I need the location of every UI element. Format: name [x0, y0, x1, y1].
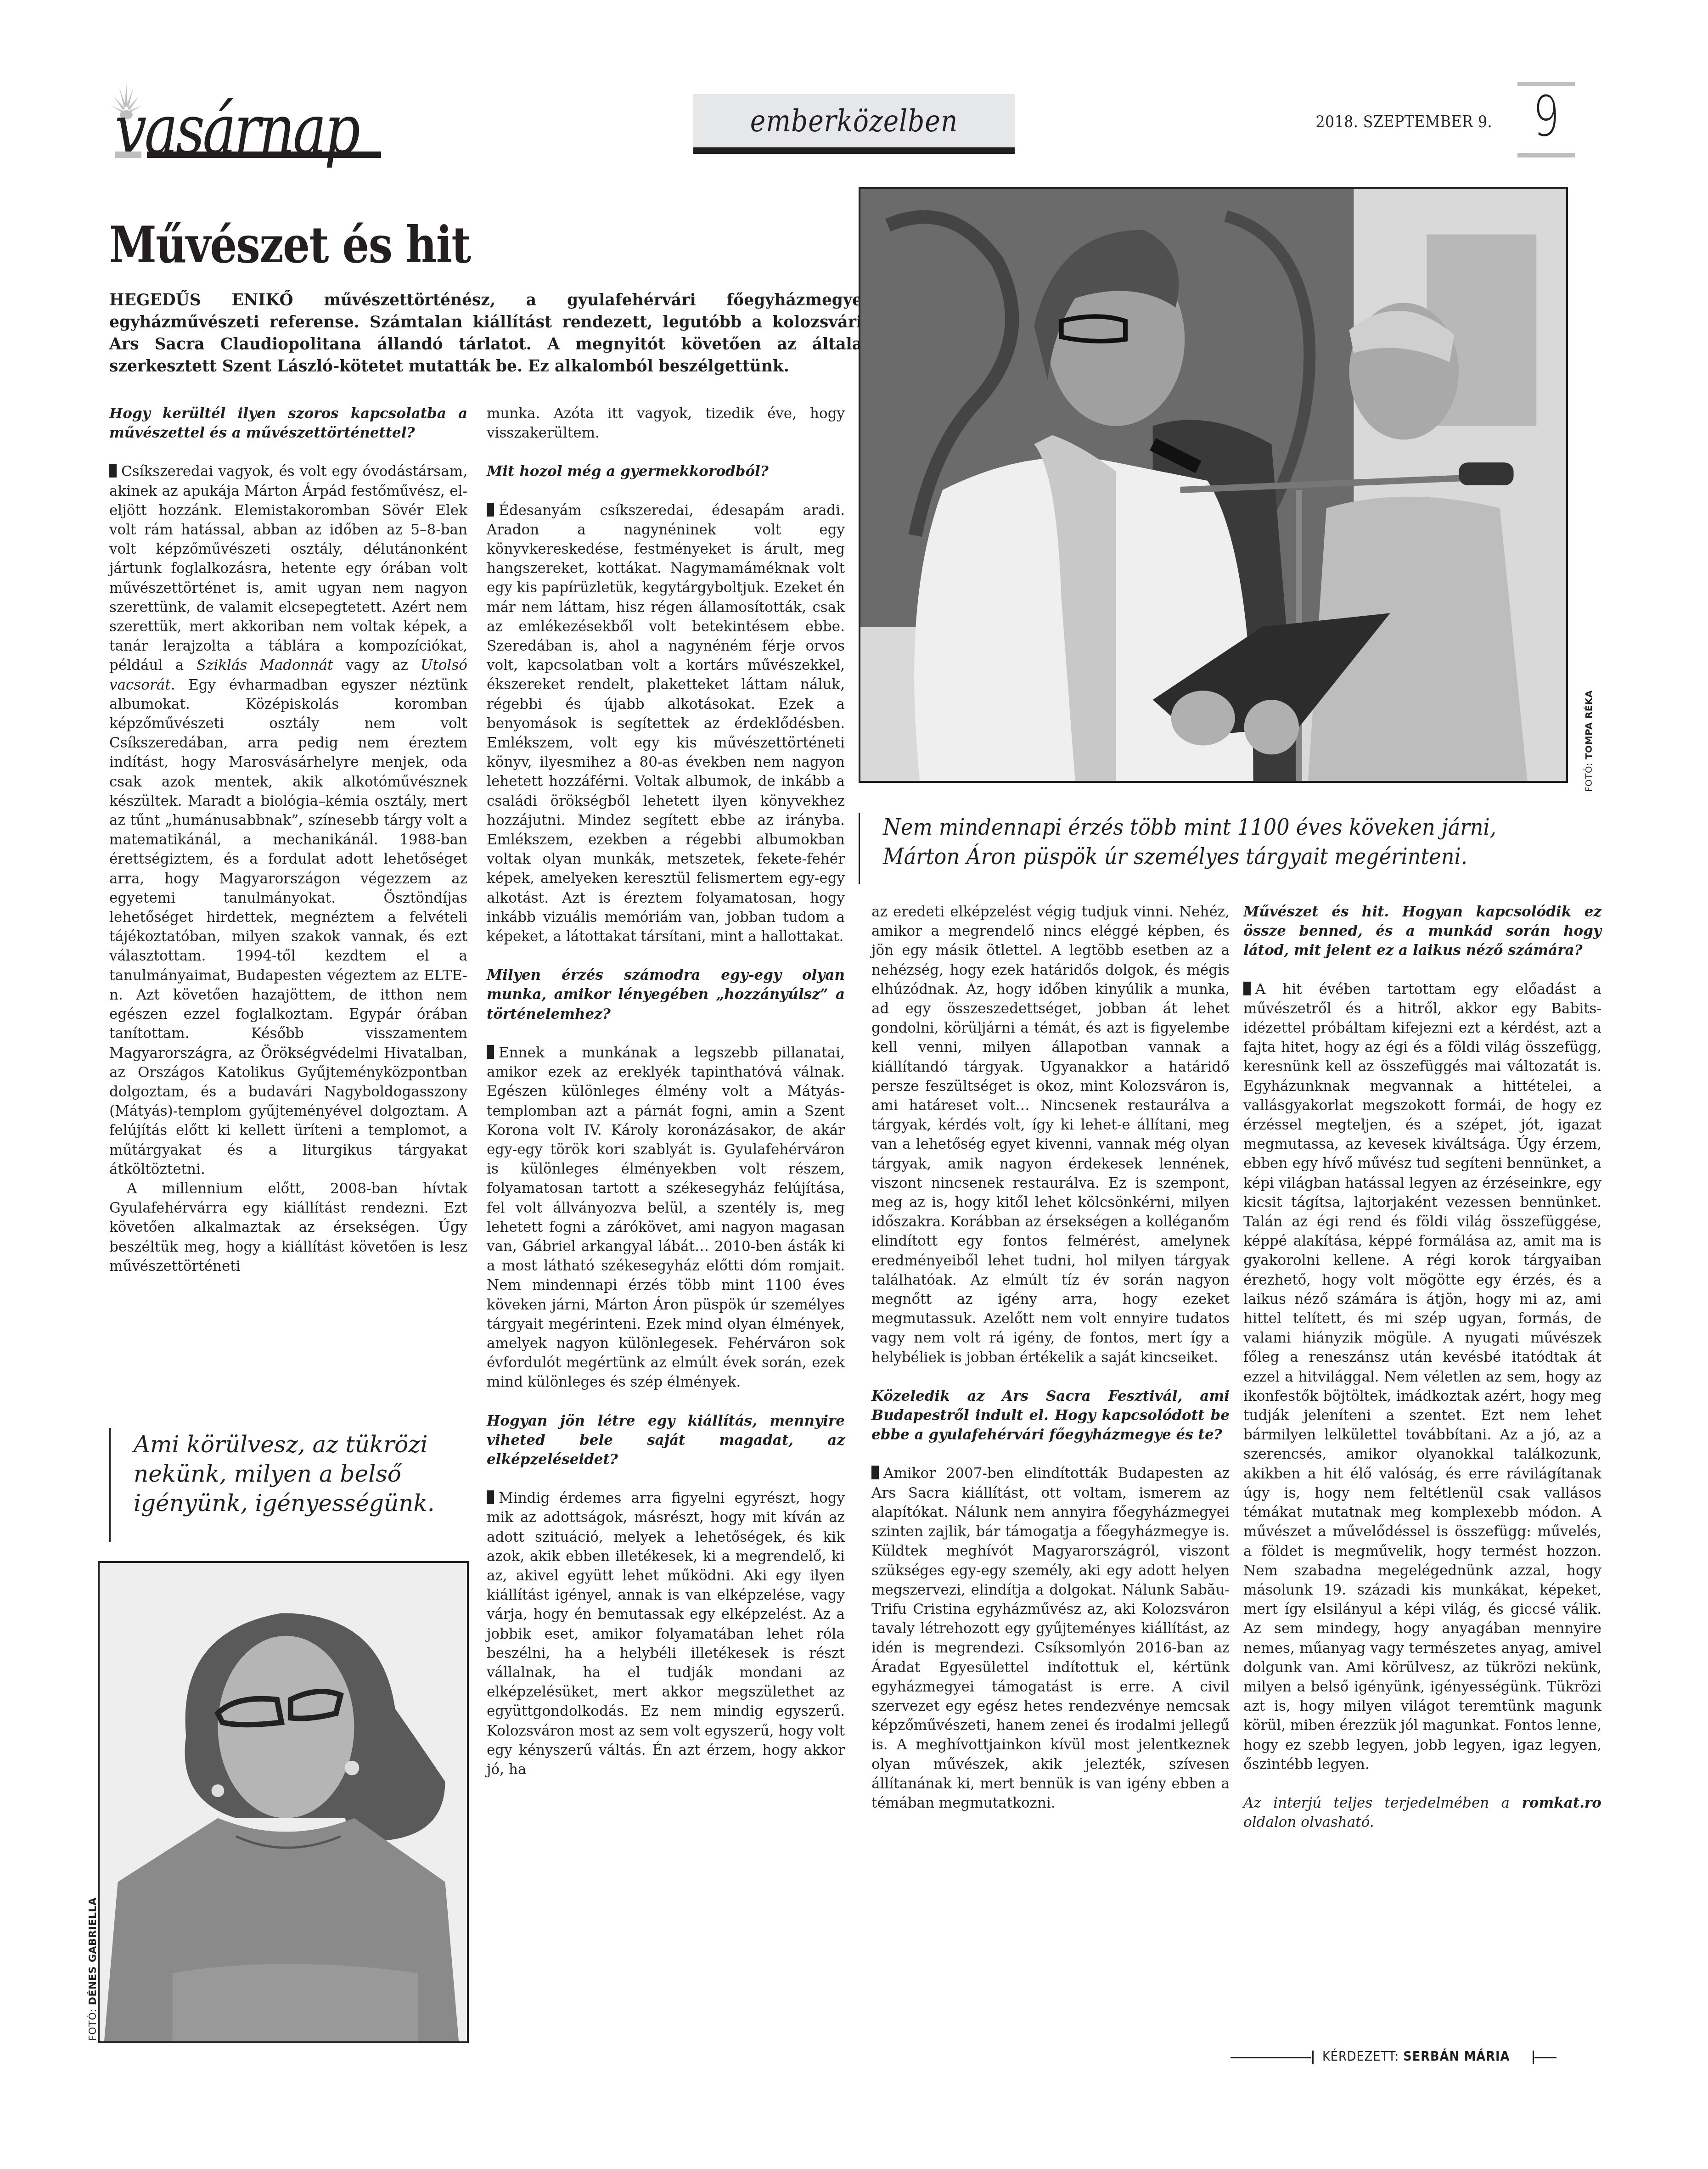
answer-marker-icon — [487, 1045, 494, 1059]
pull-quote-line-2: Márton Áron püspök úr személyes tárgyait… — [883, 842, 1527, 871]
brand-underline — [147, 152, 381, 158]
answer-marker-icon — [109, 464, 117, 478]
portrait-photo-credit: FOTÓ: DÉNES GABRIELLA — [87, 1897, 99, 2041]
interview-question: Mit hozol még a gyermekkorodból? — [487, 462, 845, 481]
interview-answer-continued: az eredeti elképzelést végig tudjuk vinn… — [871, 902, 1230, 1367]
column-1: Hogy kerültél ilyen szoros kapcsolatba a… — [109, 404, 467, 1276]
interview-answer: Ennek a munkának a legszebb pillanatai, … — [487, 1043, 845, 1392]
event-photo-credit: FOTÓ: TOMPA RÉKA — [1583, 690, 1594, 792]
byline-tick-right — [1533, 2051, 1534, 2064]
answer-marker-icon — [487, 503, 494, 517]
pull-quote-photo: Nem mindennapi érzés több mint 1100 éves… — [859, 813, 1575, 884]
byline-text: KÉRDEZETT: SERBÁN MÁRIA — [1322, 2049, 1510, 2064]
pull-quote-line-1: Nem mindennapi érzés több mint 1100 éves… — [883, 813, 1527, 842]
issue-date: 2018. SZEPTEMBER 9. — [1298, 112, 1492, 131]
lede-interviewee-name: HEGEDŰS ENIKŐ — [109, 291, 293, 309]
column-4: Művészet és hit. Hogyan kapcsolódik ez ö… — [1243, 902, 1601, 1832]
byline-rule-left — [1230, 2057, 1311, 2058]
page-number-block: 9 — [1517, 82, 1575, 157]
section-label: emberközelben — [693, 94, 1015, 154]
masthead-logo: vasárnap — [110, 69, 386, 161]
article-title: Művészet és hit — [109, 220, 470, 270]
brand-underline-accent — [115, 152, 141, 158]
interview-question: Hogyan jön létre egy kiállítás, mennyire… — [487, 1411, 845, 1470]
column-2: munka. Azóta itt vagyok, tizedik éve, ho… — [487, 404, 845, 1779]
interview-answer-continued: munka. Azóta itt vagyok, tizedik éve, ho… — [487, 404, 845, 443]
section-name: emberközelben — [750, 103, 958, 139]
byline-rule-right — [1534, 2057, 1556, 2058]
interview-answer: Amikor 2007-ben elindították Budapesten … — [871, 1464, 1230, 1813]
interview-question: Közeledik az Ars Sacra Fesztivál, ami Bu… — [871, 1387, 1230, 1445]
column-3: az eredeti elképzelést végig tudjuk vinn… — [871, 902, 1230, 1813]
pull-quote-left: Ami körülvesz, az tükrözi nekünk, milyen… — [109, 1428, 467, 1542]
interview-question: Művészet és hit. Hogyan kapcsolódik ez ö… — [1243, 902, 1601, 961]
page-number-rule-bottom — [1517, 153, 1575, 157]
interview-answer: Csíkszeredai vagyok, és volt egy óvodást… — [109, 462, 467, 1179]
portrait-image-icon — [100, 1563, 467, 2041]
answer-marker-icon — [871, 1466, 879, 1479]
interview-answer: Édesanyám csíkszeredai, édesapám aradi. … — [487, 501, 845, 947]
artwork-title: Sziklás Madonnát — [197, 657, 333, 674]
answer-marker-icon — [487, 1490, 494, 1504]
website-link[interactable]: romkat.ro — [1522, 1795, 1602, 1811]
full-interview-note: Az interjú teljes terjedelmében a romkat… — [1243, 1793, 1601, 1832]
interview-answer: Mindig érdemes arra figyelni egyrészt, h… — [487, 1489, 845, 1779]
event-image-icon — [860, 189, 1566, 781]
interview-question: Hogy kerültél ilyen szoros kapcsolatba a… — [109, 404, 467, 443]
interview-answer-paragraph: A millennium előtt, 2008-ban hívtak Gyul… — [109, 1179, 467, 1276]
byline: KÉRDEZETT: SERBÁN MÁRIA — [1230, 2048, 1579, 2066]
page-number: 9 — [1525, 88, 1568, 144]
event-photo — [859, 187, 1568, 783]
pull-quote-text: Ami körülvesz, az tükrözi nekünk, milyen… — [134, 1428, 467, 1518]
portrait-photo — [98, 1561, 469, 2043]
interview-question: Milyen érzés számodra egy-egy olyan munk… — [487, 966, 845, 1024]
answer-marker-icon — [1243, 982, 1251, 995]
article-lede: HEGEDŰS ENIKŐ művészettörténész, a gyula… — [109, 289, 862, 377]
interview-answer: A hit évében tartottam egy előadást a mű… — [1243, 980, 1601, 1774]
byline-author: SERBÁN MÁRIA — [1403, 2049, 1510, 2064]
byline-tick-left — [1312, 2051, 1314, 2064]
